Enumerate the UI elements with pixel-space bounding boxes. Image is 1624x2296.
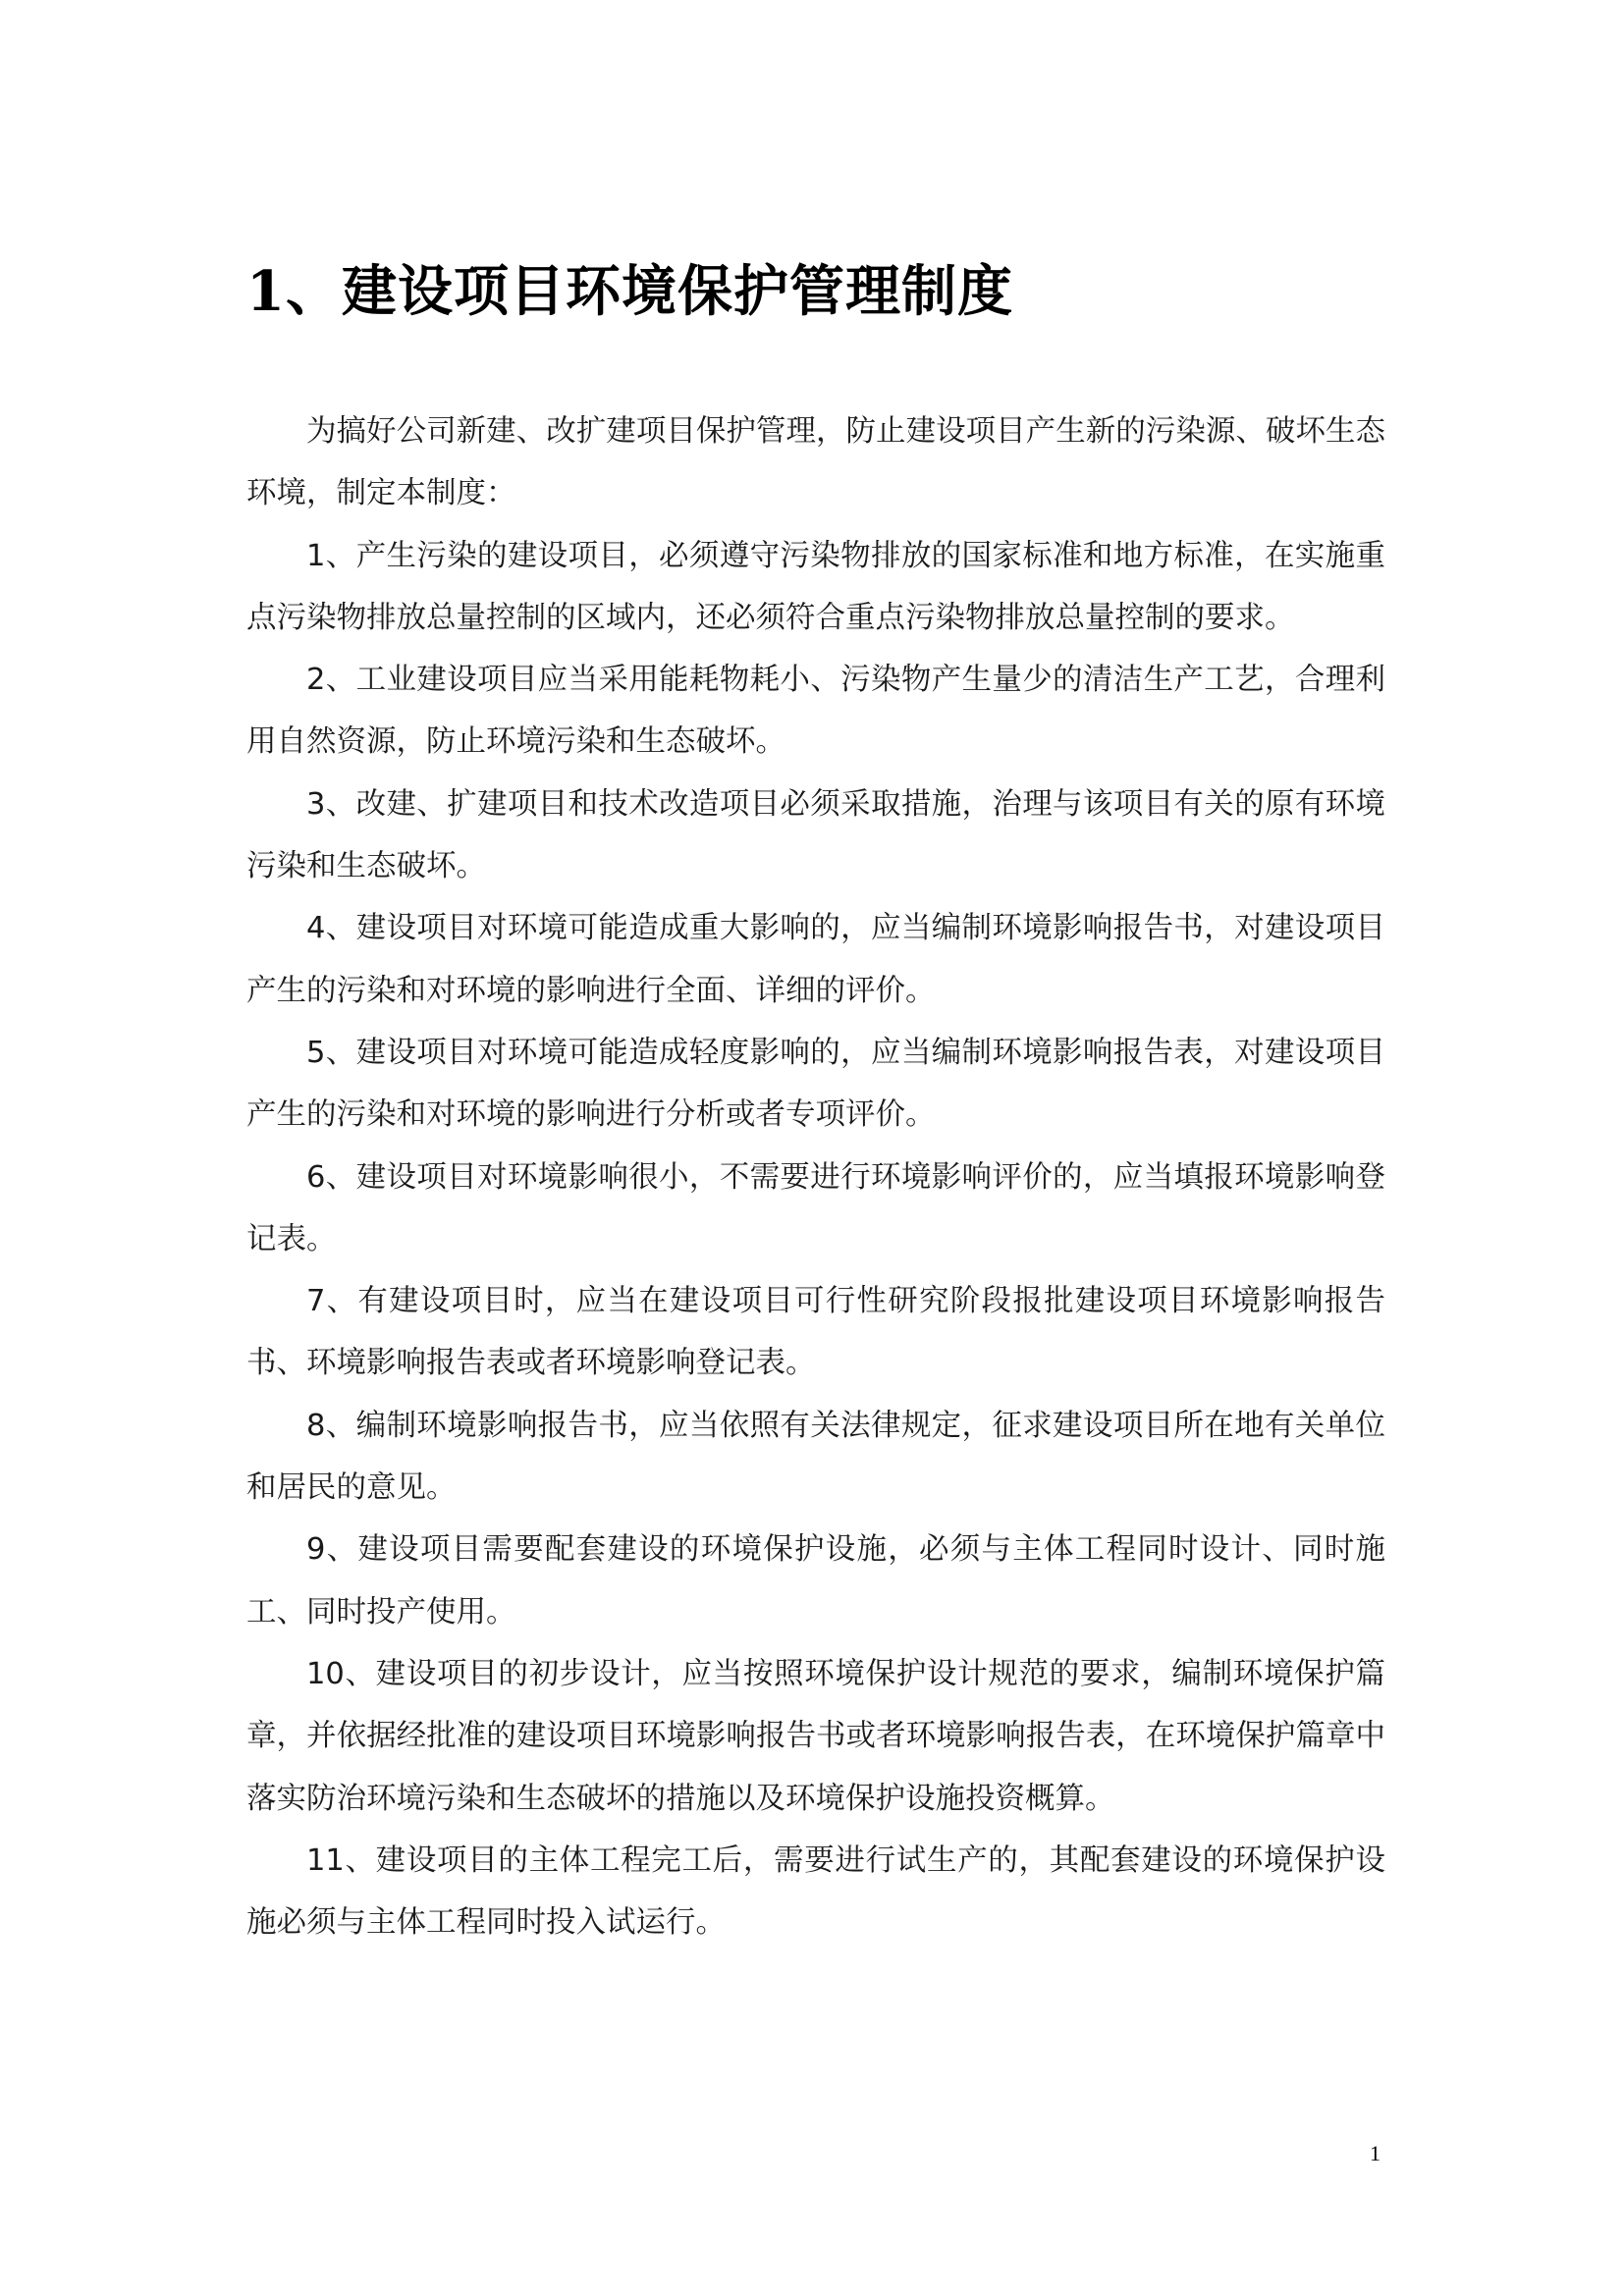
rule-item-3: 3、改建、扩建项目和技术改造项目必须采取措施，治理与该项目有关的原有环境污染和生… xyxy=(246,774,1385,898)
rule-item-10: 10、建设项目的初步设计，应当按照环境保护设计规范的要求，编制环境保护篇章，并依… xyxy=(246,1643,1385,1830)
rule-item-4: 4、建设项目对环境可能造成重大影响的，应当编制环境影响报告书，对建设项目产生的污… xyxy=(246,897,1385,1022)
document-body: 为搞好公司新建、改扩建项目保护管理，防止建设项目产生新的污染源、破坏生态环境，制… xyxy=(246,400,1385,1953)
rule-item-6: 6、建设项目对环境影响很小，不需要进行环境影响评价的，应当填报环境影响登记表。 xyxy=(246,1147,1385,1271)
rule-item-7: 7、有建设项目时，应当在建设项目可行性研究阶段报批建设项目环境影响报告书、环境影… xyxy=(246,1270,1385,1395)
rule-item-1: 1、产生污染的建设项目，必须遵守污染物排放的国家标准和地方标准，在实施重点污染物… xyxy=(246,525,1385,650)
rule-item-8: 8、编制环境影响报告书，应当依照有关法律规定，征求建设项目所在地有关单位和居民的… xyxy=(246,1395,1385,1520)
page-number: 1 xyxy=(1370,2141,1380,2166)
page-title: 1、建设项目环境保护管理制度 xyxy=(246,257,1013,326)
rule-item-9: 9、建设项目需要配套建设的环境保护设施，必须与主体工程同时设计、同时施工、同时投… xyxy=(246,1519,1385,1643)
rule-item-2: 2、工业建设项目应当采用能耗物耗小、污染物产生量少的清洁生产工艺，合理利用自然资… xyxy=(246,649,1385,774)
rule-item-5: 5、建设项目对环境可能造成轻度影响的，应当编制环境影响报告表，对建设项目产生的污… xyxy=(246,1022,1385,1147)
rule-item-11: 11、建设项目的主体工程完工后，需要进行试生产的，其配套建设的环境保护设施必须与… xyxy=(246,1830,1385,1954)
intro-paragraph: 为搞好公司新建、改扩建项目保护管理，防止建设项目产生新的污染源、破坏生态环境，制… xyxy=(246,400,1385,525)
